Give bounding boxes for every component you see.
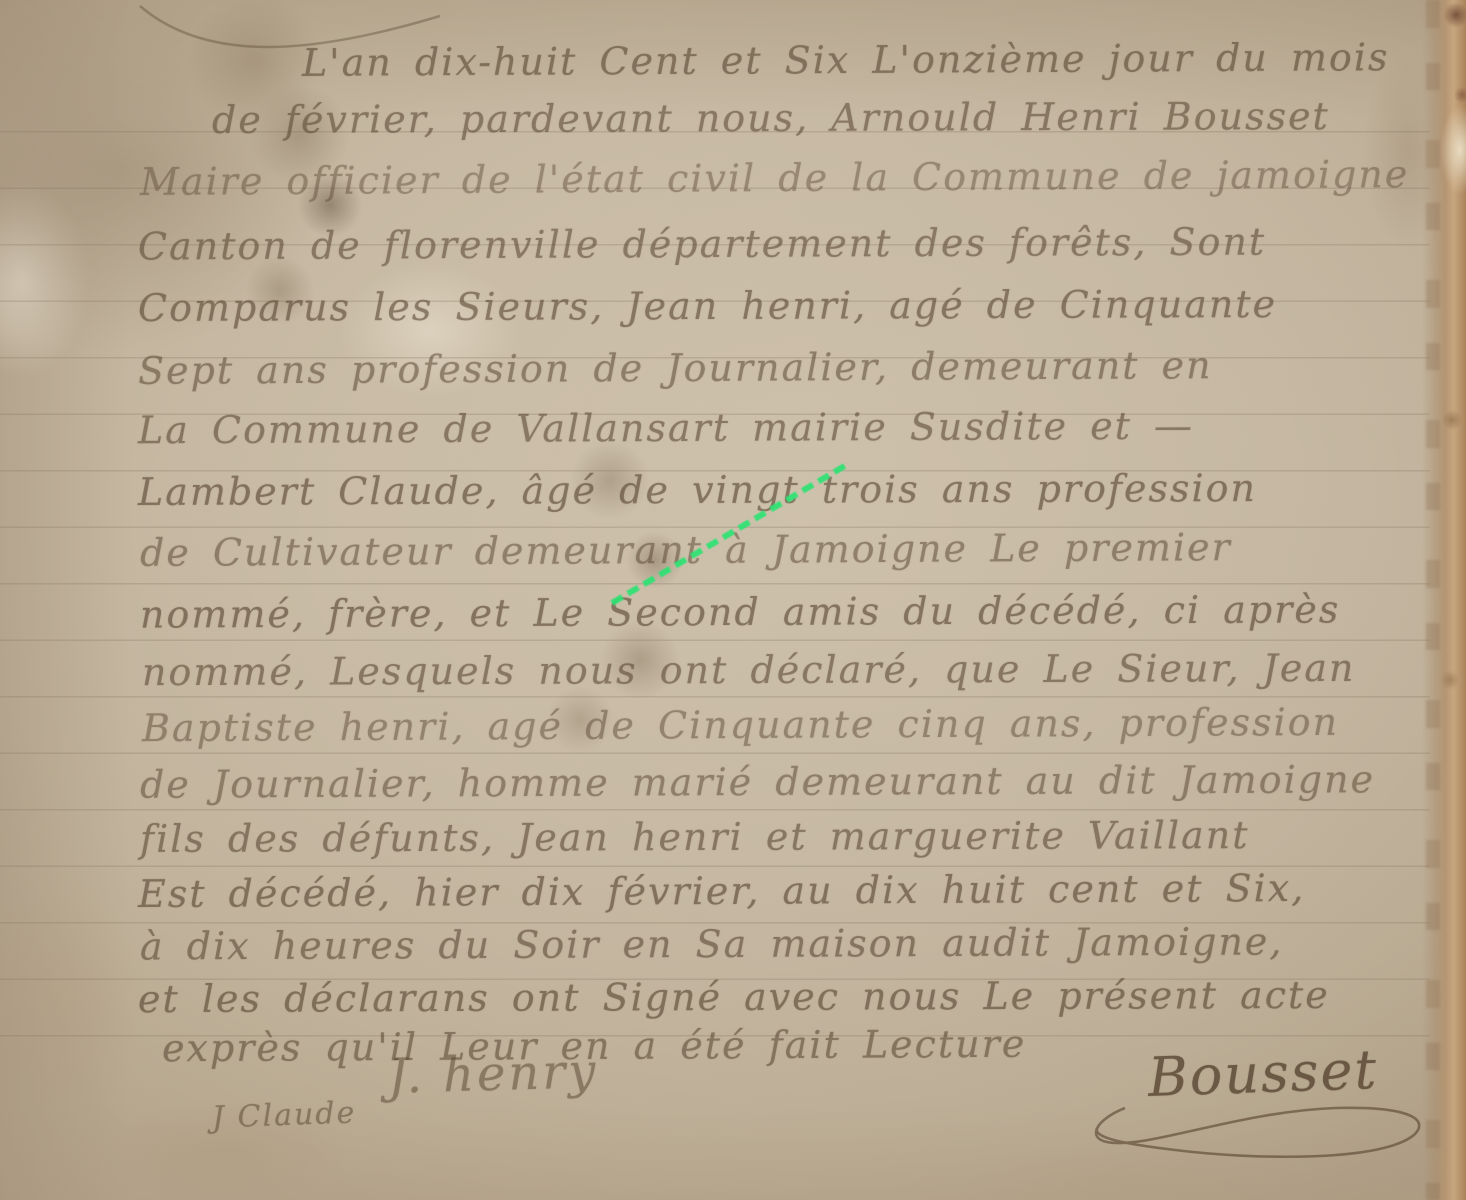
manuscript-line-2: de février, pardevant nous, Arnould Henr… xyxy=(212,94,1330,142)
torn-page-edge-rough xyxy=(1426,0,1440,1200)
manuscript-line-14: fils des défunts, Jean henri et margueri… xyxy=(140,813,1250,861)
manuscript-line-13: de Journalier, homme marié demeurant au … xyxy=(140,757,1375,806)
manuscript-line-11: nommé, Lesquels nous ont déclaré, que Le… xyxy=(142,646,1356,694)
manuscript-line-4: Canton de florenville département des fo… xyxy=(138,220,1266,269)
signature-declarant-henry: J. henry xyxy=(387,1043,599,1104)
manuscript-line-9: de Cultivateur demeurant à Jamoigne Le p… xyxy=(140,525,1232,575)
scanned-manuscript-page: L'an dix-huit Cent et Six L'onzième jour… xyxy=(0,0,1466,1200)
manuscript-line-10: nommé, frère, et Le Second amis du décéd… xyxy=(140,587,1340,636)
manuscript-line-12: Baptiste henri, agé de Cinquante cinq an… xyxy=(142,700,1339,750)
manuscript-line-6: Sept ans profession de Journalier, demeu… xyxy=(138,343,1213,393)
manuscript-line-7: La Commune de Vallansart mairie Susdite … xyxy=(138,404,1194,453)
manuscript-line-17: et les déclarans ont Signé avec nous Le … xyxy=(138,973,1330,1021)
manuscript-line-3: Maire officier de l'état civil de la Com… xyxy=(140,152,1410,204)
signature-declarant-claude: J Claude xyxy=(211,1095,356,1135)
manuscript-line-5: Comparus les Sieurs, Jean henri, agé de … xyxy=(138,282,1277,330)
manuscript-line-15: Est décédé, hier dix février, au dix hui… xyxy=(138,866,1305,916)
manuscript-line-1: L'an dix-huit Cent et Six L'onzième jour… xyxy=(302,35,1390,85)
manuscript-line-8: Lambert Claude, âgé de vingt trois ans p… xyxy=(138,466,1257,514)
signature-officer-bousset: Bousset xyxy=(1147,1038,1379,1109)
manuscript-line-16: à dix heures du Soir en Sa maison audit … xyxy=(140,920,1284,969)
